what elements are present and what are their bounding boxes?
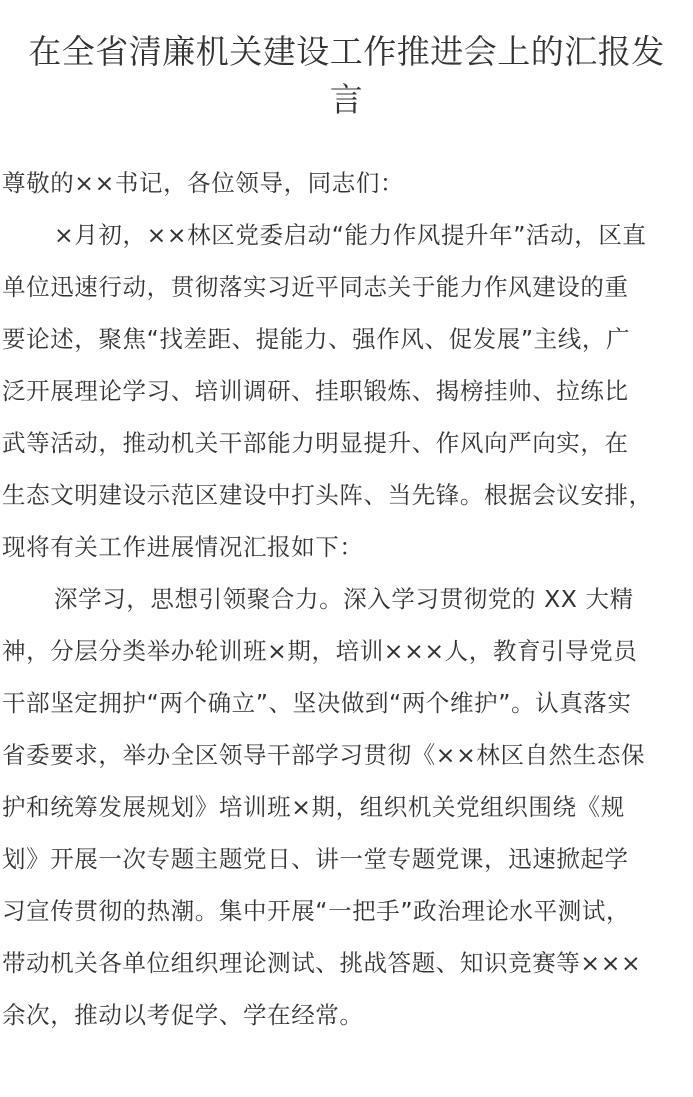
text-line: ×月初，××林区党委启动“能力作风提升年”活动，区直 (2, 209, 693, 261)
text-line: 现将有关工作进展情况汇报如下： (2, 521, 693, 573)
text-line: 神，分层分类举办轮训班×期，培训×××人，教育引导党员 (2, 625, 693, 677)
text-line: 划》开展一次专题主题党日、讲一堂专题党课，迅速掀起学 (2, 833, 693, 885)
paragraph-intro: ×月初，××林区党委启动“能力作风提升年”活动，区直 单位迅速行动，贯彻落实习近… (2, 209, 693, 573)
text-line: 干部坚定拥护“两个确立”、坚决做到“两个维护”。认真落实 (2, 677, 693, 729)
document-body: 尊敬的××书记，各位领导，同志们： ×月初，××林区党委启动“能力作风提升年”活… (2, 157, 693, 1041)
text-line: 余次，推动以考促学、学在经常。 (2, 989, 693, 1041)
paragraph-deep-learning: 深学习，思想引领聚合力。深入学习贯彻党的 XX 大精 神，分层分类举办轮训班×期… (2, 573, 693, 1041)
text-line: 省委要求，举办全区领导干部学习贯彻《××林区自然生态保 (2, 729, 693, 781)
text-line: 泛开展理论学习、培训调研、挂职锻炼、揭榜挂帅、拉练比 (2, 365, 693, 417)
text-line: 武等活动，推动机关干部能力明显提升、作风向严向实，在 (2, 417, 693, 469)
text-line: 护和统筹发展规划》培训班×期，组织机关党组织围绕《规 (2, 781, 693, 833)
text-line: 单位迅速行动，贯彻落实习近平同志关于能力作风建设的重 (2, 261, 693, 313)
salutation: 尊敬的××书记，各位领导，同志们： (2, 157, 693, 209)
text-line: 带动机关各单位组织理论测试、挑战答题、知识竞赛等××× (2, 937, 693, 989)
text-line: 生态文明建设示范区建设中打头阵、当先锋。根据会议安排， (2, 469, 693, 521)
text-line: 要论述，聚焦“找差距、提能力、强作风、促发展”主线，广 (2, 313, 693, 365)
text-line: 习宣传贯彻的热潮。集中开展“一把手”政治理论水平测试， (2, 885, 693, 937)
title-line: 言 (0, 76, 693, 124)
document-title: 在全省清廉机关建设工作推进会上的汇报发 言 (0, 28, 693, 124)
text-line: 深学习，思想引领聚合力。深入学习贯彻党的 XX 大精 (2, 573, 693, 625)
title-line: 在全省清廉机关建设工作推进会上的汇报发 (0, 28, 693, 76)
